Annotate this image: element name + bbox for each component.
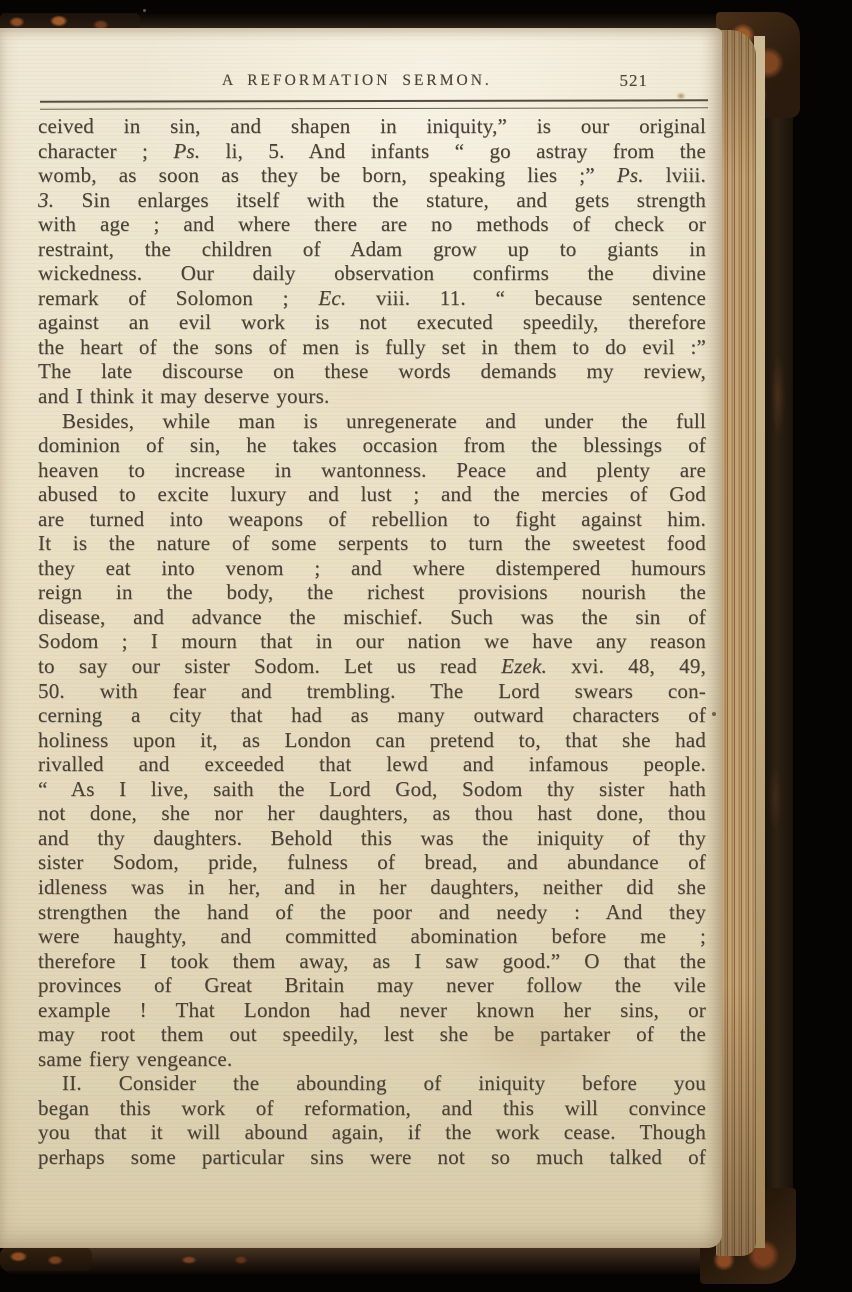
text-line: character ; Ps. li, 5. And infants “ go … bbox=[38, 139, 706, 164]
header-title: A REFORMATION SERMON. bbox=[222, 72, 492, 90]
book-bottom-edge-wear bbox=[150, 1252, 280, 1268]
text-line: with age ; and where there are no method… bbox=[38, 212, 706, 237]
text-line: therefore I took them away, as I saw goo… bbox=[38, 949, 706, 974]
page-stain bbox=[712, 712, 716, 716]
book-cover-edge bbox=[763, 20, 793, 1274]
text-line: abused to excite luxury and lust ; and t… bbox=[38, 482, 706, 507]
text-line: “ As I live, saith the Lord God, Sodom t… bbox=[38, 777, 706, 802]
book-photo: A REFORMATION SERMON. 521 ceived in sin,… bbox=[0, 0, 852, 1292]
text-line: provinces of Great Britain may never fol… bbox=[38, 973, 706, 998]
text-line: the heart of the sons of men is fully se… bbox=[38, 335, 706, 360]
text-line: 3. Sin enlarges itself with the stature,… bbox=[38, 188, 706, 213]
text-line: were haughty, and committed abomination … bbox=[38, 924, 706, 949]
text-line: dominion of sin, he takes occasion from … bbox=[38, 433, 706, 458]
book-bottom-edge bbox=[0, 1246, 796, 1274]
text-line: remark of Solomon ; Ec. viii. 11. “ beca… bbox=[38, 286, 706, 311]
text-line: sister Sodom, pride, fulness of bread, a… bbox=[38, 850, 706, 875]
text-line: cerning a city that had as many outward … bbox=[38, 703, 706, 728]
text-line: perhaps some particular sins were not so… bbox=[38, 1145, 706, 1170]
text-line: holiness upon it, as London can pretend … bbox=[38, 728, 706, 753]
text-line: they eat into venom ; and where distempe… bbox=[38, 556, 706, 581]
text-line: 50. with fear and trembling. The Lord sw… bbox=[38, 679, 706, 704]
paragraph: ceived in sin, and shapen in iniquity,” … bbox=[38, 114, 706, 409]
book-bottom-edge-wear bbox=[0, 1247, 92, 1271]
text-line: Besides, while man is unregenerate and u… bbox=[38, 409, 706, 434]
text-line: idleness was in her, and in her daughter… bbox=[38, 875, 706, 900]
text-line: Sodom ; I mourn that in our nation we ha… bbox=[38, 629, 706, 654]
text-line: against an evil work is not executed spe… bbox=[38, 310, 706, 335]
book-page: A REFORMATION SERMON. 521 ceived in sin,… bbox=[0, 28, 722, 1248]
dust-speck bbox=[143, 9, 146, 12]
text-line: rivalled and exceeded that lewd and infa… bbox=[38, 752, 706, 777]
book-fore-edge bbox=[716, 30, 756, 1256]
text-line: ceived in sin, and shapen in iniquity,” … bbox=[38, 114, 706, 139]
text-line: are turned into weapons of rebellion to … bbox=[38, 507, 706, 532]
text-line: disease, and advance the mischief. Such … bbox=[38, 605, 706, 630]
text-line: may root them out speedily, lest she be … bbox=[38, 1022, 706, 1047]
page-number: 521 bbox=[606, 71, 648, 91]
text-line: same fiery vengeance. bbox=[38, 1047, 706, 1072]
text-line: restraint, the children of Adam grow up … bbox=[38, 237, 706, 262]
header-rule bbox=[40, 99, 708, 109]
text-line: to say our sister Sodom. Let us read Eze… bbox=[38, 654, 706, 679]
text-line: heaven to increase in wantonness. Peace … bbox=[38, 458, 706, 483]
paragraph: II. Consider the abounding of iniquity b… bbox=[38, 1071, 706, 1169]
text-line: wickedness. Our daily observation confir… bbox=[38, 261, 706, 286]
text-line: II. Consider the abounding of iniquity b… bbox=[38, 1071, 706, 1096]
text-line: and thy daughters. Behold this was the i… bbox=[38, 826, 706, 851]
text-line: womb, as soon as they be born, speaking … bbox=[38, 163, 706, 188]
text-line: example ! That London had never known he… bbox=[38, 998, 706, 1023]
text-line: It is the nature of some serpents to tur… bbox=[38, 531, 706, 556]
text-line: began this work of reformation, and this… bbox=[38, 1096, 706, 1121]
text-line: reign in the body, the richest provision… bbox=[38, 580, 706, 605]
text-line: you that it will abound again, if the wo… bbox=[38, 1120, 706, 1145]
text-line: The late discourse on these words demand… bbox=[38, 359, 706, 384]
text-line: not done, she nor her daughters, as thou… bbox=[38, 801, 706, 826]
page-body: ceived in sin, and shapen in iniquity,” … bbox=[38, 114, 706, 1170]
paragraph: Besides, while man is unregenerate and u… bbox=[38, 409, 706, 1072]
text-line: and I think it may deserve yours. bbox=[38, 384, 706, 409]
running-header: A REFORMATION SERMON. 521 bbox=[0, 72, 722, 96]
text-line: strengthen the hand of the poor and need… bbox=[38, 900, 706, 925]
